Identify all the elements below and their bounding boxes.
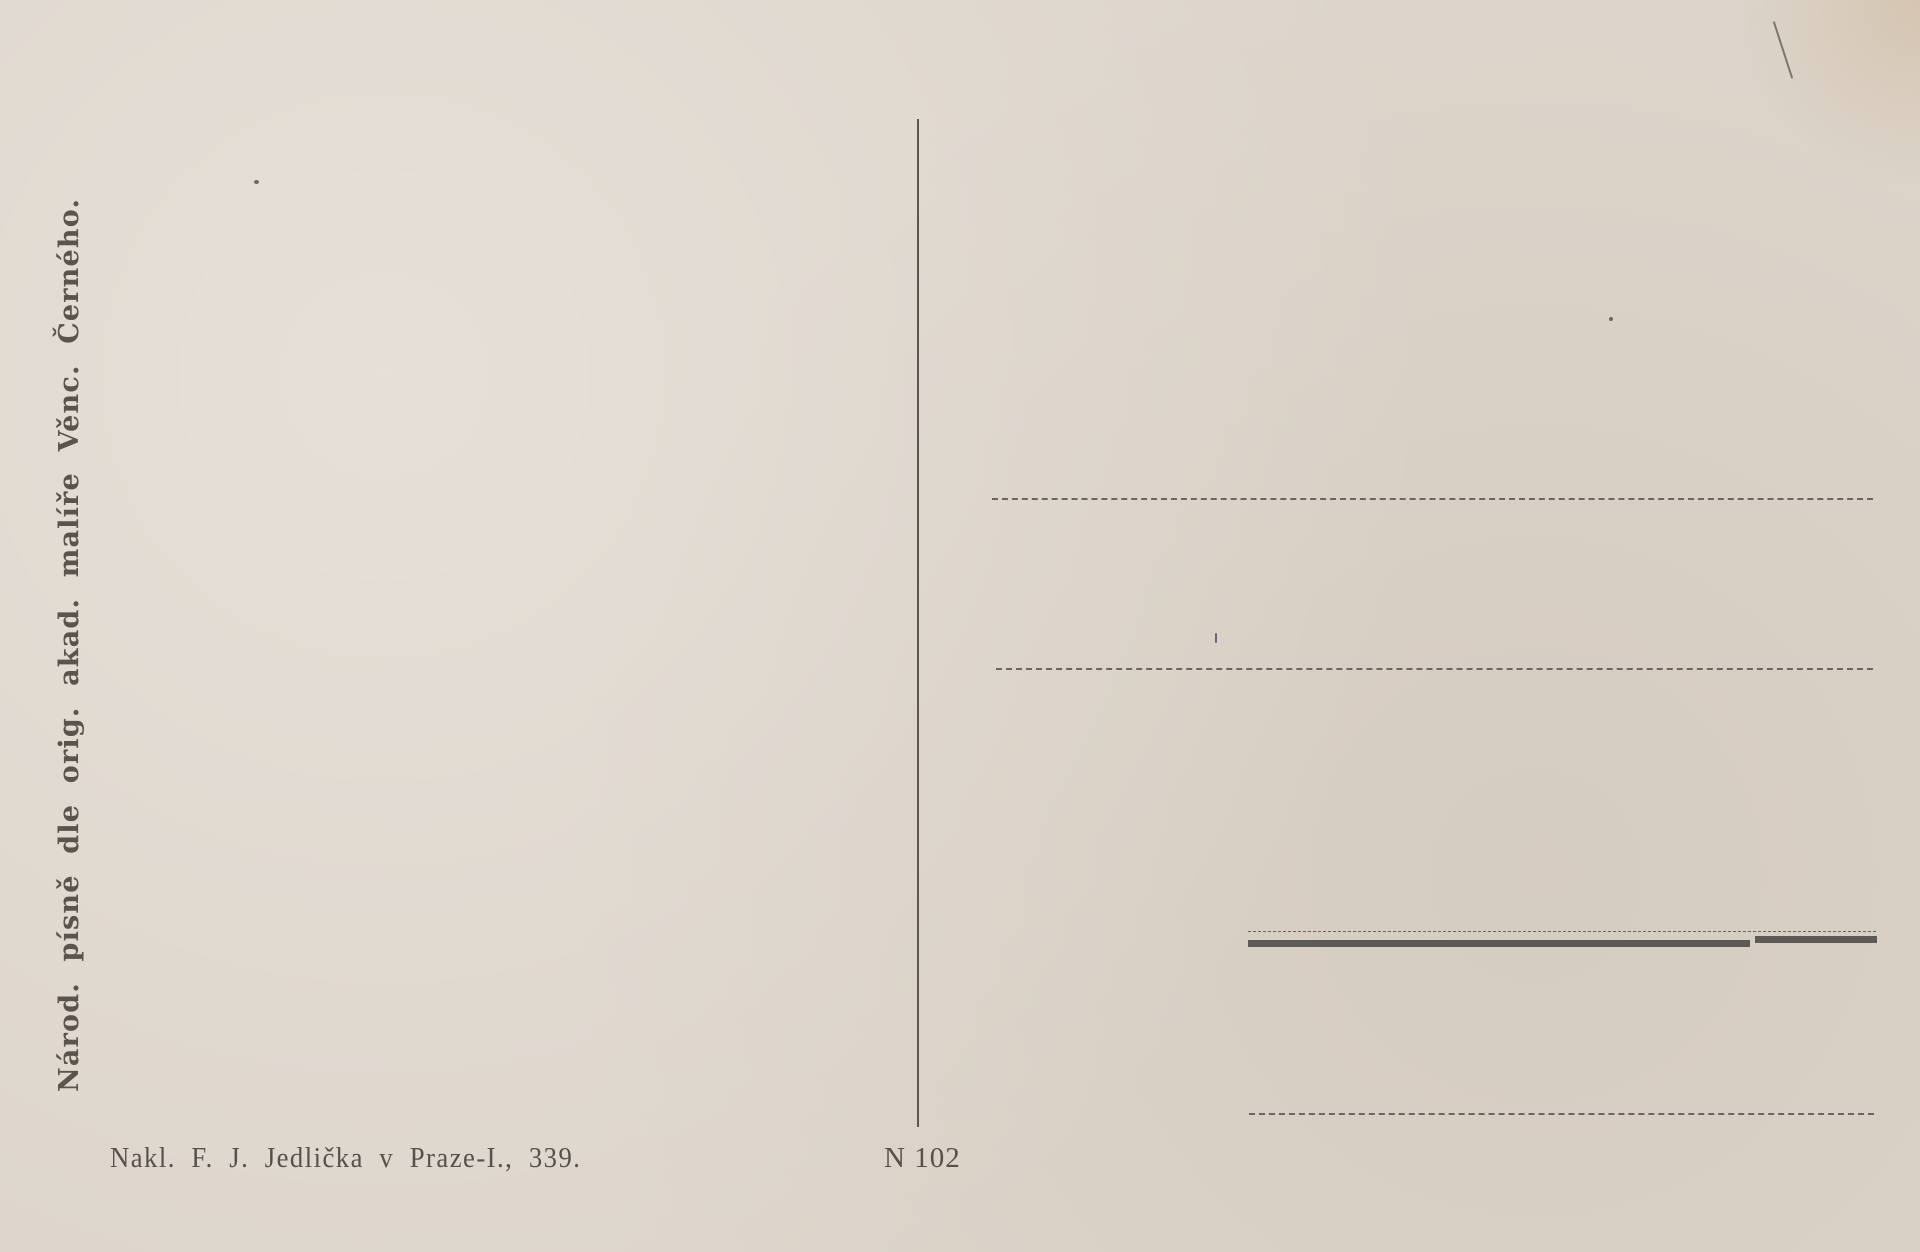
address-line-3-thick-left <box>1248 940 1750 947</box>
postcard-back: Národ. písně dle orig. akad. malíře Věnc… <box>0 0 1920 1252</box>
address-line-4 <box>1249 1113 1874 1115</box>
paper-speck <box>1215 633 1217 643</box>
address-line-1 <box>992 498 1873 500</box>
publisher-imprint: Nakl. F. J. Jedlička v Praze-I., 339. <box>110 1142 581 1175</box>
paper-speck <box>254 180 259 184</box>
vertical-caption: Národ. písně dle orig. akad. malíře Věnc… <box>48 170 92 1092</box>
paper-speck <box>1609 317 1613 321</box>
address-line-3-thick-right <box>1755 936 1877 943</box>
pencil-mark <box>1773 21 1793 79</box>
catalog-number: N 102 <box>884 1142 961 1175</box>
vertical-divider <box>917 119 919 1127</box>
address-line-3-dashed-overlay <box>1248 931 1876 932</box>
address-line-2 <box>996 668 1873 670</box>
